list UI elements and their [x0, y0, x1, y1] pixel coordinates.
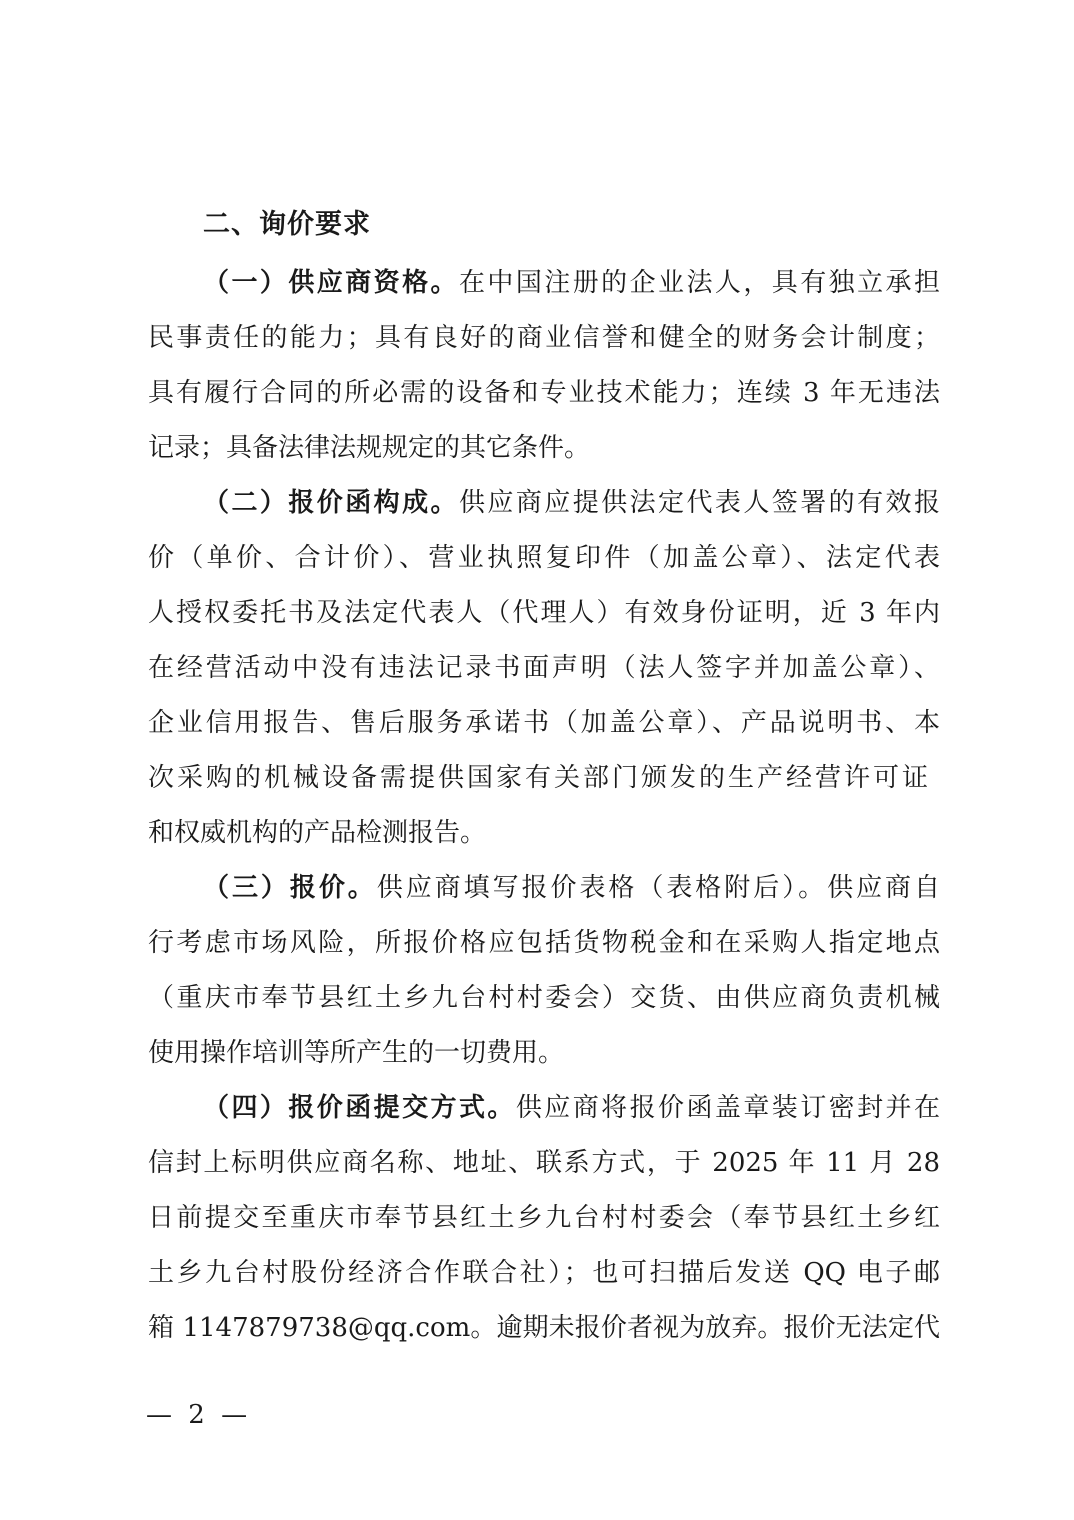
- paragraph-2-line-4: 在经营活动中没有违法记录书面声明（法人签字并加盖公章）、: [148, 647, 940, 684]
- paragraph-2-line-5: 企业信用报告、售后服务承诺书（加盖公章）、产品说明书、本: [148, 702, 940, 739]
- paragraph-4-line-3: 日前提交至重庆市奉节县红土乡九台村村委会（奉节县红土乡红: [148, 1197, 940, 1234]
- section-heading: 二、询价要求: [203, 202, 371, 241]
- paragraph-1-line-2: 民事责任的能力；具有良好的商业信誉和健全的财务会计制度；: [148, 317, 940, 354]
- page-number: — 2 —: [146, 1400, 251, 1430]
- paragraph-4-line-1: （四）报价函提交方式。供应商将报价函盖章装订密封并在: [203, 1087, 940, 1124]
- paragraph-3-line-3: （重庆市奉节县红土乡九台村村委会）交货、由供应商负责机械: [148, 977, 940, 1014]
- paragraph-2-line-3: 人授权委托书及法定代表人（代理人）有效身份证明，近 3 年内: [148, 592, 940, 629]
- paragraph-2-line-7: 和权威机构的产品检测报告。: [148, 812, 940, 849]
- paragraph-2-line-2: 价（单价、合计价）、营业执照复印件（加盖公章）、法定代表: [148, 537, 940, 574]
- paragraph-4-line-5: 箱 1147879738@qq.com。逾期未报价者视为放弃。报价无法定代: [148, 1307, 940, 1344]
- paragraph-1-lead: （一）供应商资格。: [203, 268, 459, 298]
- paragraph-3-line-2: 行考虑市场风险，所报价格应包括货物税金和在采购人指定地点: [148, 922, 940, 959]
- paragraph-2-lead: （二）报价函构成。: [203, 488, 459, 518]
- paragraph-2-line-1: （二）报价函构成。供应商应提供法定代表人签署的有效报: [203, 482, 940, 519]
- paragraph-2-line-6: 次采购的机械设备需提供国家有关部门颁发的生产经营许可证: [148, 757, 928, 794]
- paragraph-3-line-1: （三）报价。供应商填写报价表格（表格附后）。供应商自: [203, 867, 940, 904]
- paragraph-1-line-4: 记录；具备法律法规规定的其它条件。: [148, 427, 940, 464]
- paragraph-3-line-4: 使用操作培训等所产生的一切费用。: [148, 1032, 940, 1069]
- paragraph-4-lead: （四）报价函提交方式。: [203, 1093, 516, 1123]
- document-page: 二、询价要求 （一）供应商资格。在中国注册的企业法人，具有独立承担 民事责任的能…: [0, 0, 1074, 1520]
- paragraph-3-lead: （三）报价。: [203, 873, 377, 903]
- paragraph-4-line-2: 信封上标明供应商名称、地址、联系方式，于 2025 年 11 月 28: [148, 1142, 940, 1179]
- paragraph-4-line-4: 土乡九台村股份经济合作联合社）；也可扫描后发送 QQ 电子邮: [148, 1252, 940, 1289]
- paragraph-1-line-3: 具有履行合同的所必需的设备和专业技术能力；连续 3 年无违法: [148, 372, 940, 409]
- paragraph-1-line-1: （一）供应商资格。在中国注册的企业法人，具有独立承担: [203, 262, 940, 299]
